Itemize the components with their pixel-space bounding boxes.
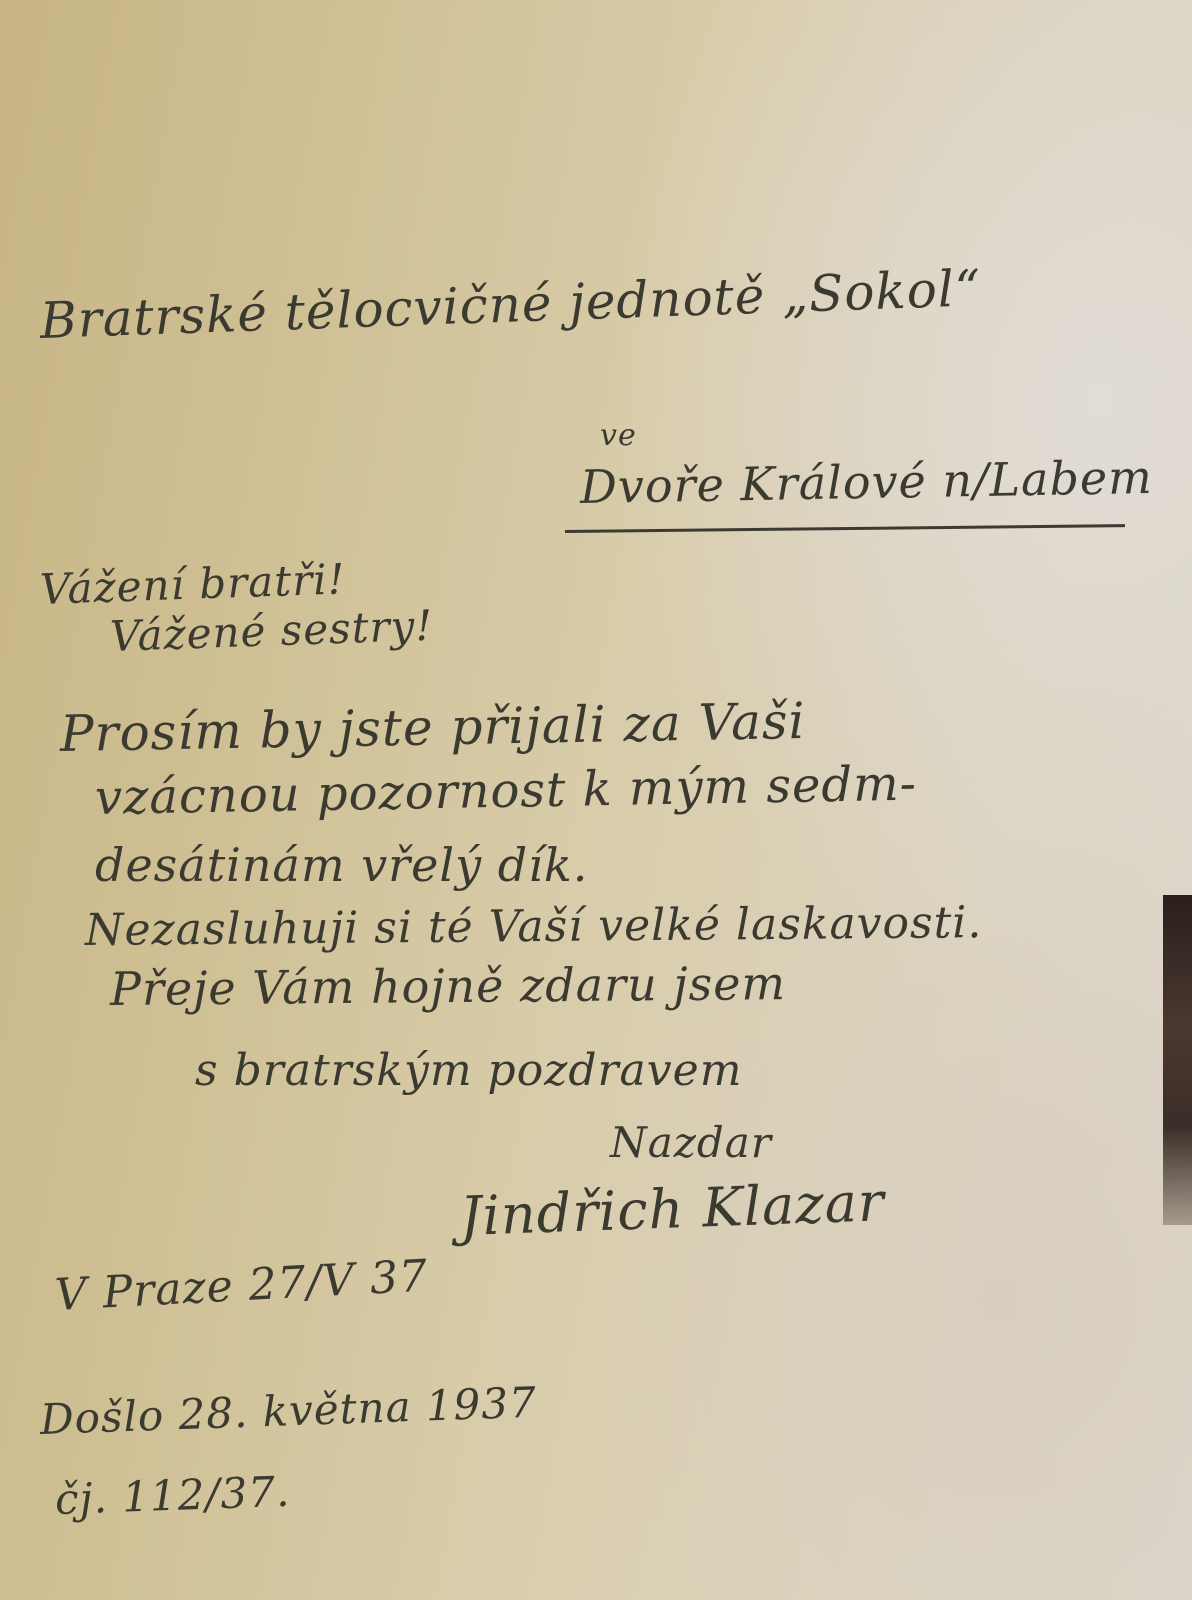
body-line: desátinám vřelý dík. xyxy=(95,838,588,892)
background-edge xyxy=(1163,895,1192,1225)
addressee-preposition: ve xyxy=(600,418,637,453)
reference-number: čj. 112/37. xyxy=(54,1467,291,1524)
closing-nazdar: Nazdar xyxy=(610,1118,772,1167)
body-line: Přeje Vám hojně zdaru jsem xyxy=(110,956,786,1016)
addressee-line-2: Dvoře Králové n/Labem xyxy=(580,450,1154,514)
closing-greeting: s bratrským pozdravem xyxy=(195,1045,742,1096)
body-line: Nezasluhuji si té Vaší velké laskavosti. xyxy=(85,897,983,956)
